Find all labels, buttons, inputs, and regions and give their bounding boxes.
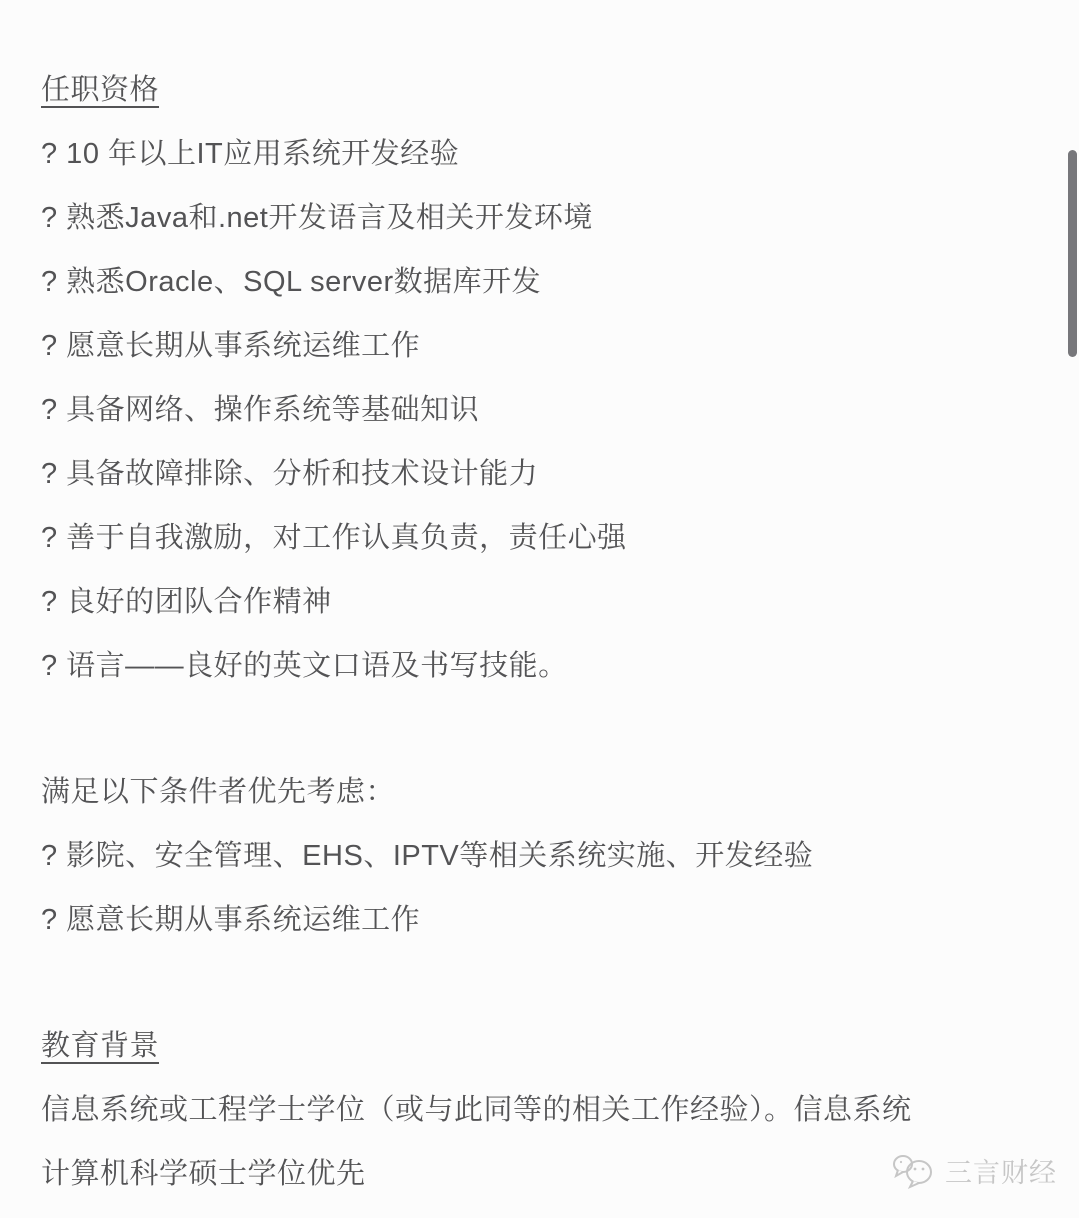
chat-bubbles-icon bbox=[891, 1150, 937, 1190]
list-item: ? 良好的团队合作精神 bbox=[41, 567, 1059, 631]
list-item: ? 善于自我激励，对工作认真负责，责任心强 bbox=[41, 503, 1059, 567]
scrollbar-thumb[interactable] bbox=[1068, 150, 1077, 357]
section-heading-qualifications: 任职资格 bbox=[41, 55, 1059, 119]
watermark-label: 三言财经 bbox=[945, 1151, 1057, 1190]
list-item: ? 愿意长期从事系统运维工作 bbox=[41, 885, 1059, 949]
list-item: ? 熟悉Oracle、SQL server数据库开发 bbox=[41, 247, 1059, 311]
education-heading-text: 教育背景 bbox=[41, 1023, 159, 1064]
section-heading-preferred: 满足以下条件者优先考虑： bbox=[41, 757, 1059, 821]
list-item: ? 10 年以上IT应用系统开发经验 bbox=[41, 119, 1059, 183]
list-item: ? 具备网络、操作系统等基础知识 bbox=[41, 375, 1059, 439]
watermark: 三言财经 bbox=[891, 1150, 1057, 1190]
paragraph-line: 信息系统或工程学士学位（或与此同等的相关工作经验）。信息系统 bbox=[41, 1075, 1059, 1139]
list-item: ? 影院、安全管理、EHS、IPTV等相关系统实施、开发经验 bbox=[41, 821, 1059, 885]
list-item: ? 语言——良好的英文口语及书写技能。 bbox=[41, 631, 1059, 695]
list-item: ? 具备故障排除、分析和技术设计能力 bbox=[41, 439, 1059, 503]
list-item: ? 熟悉Java和.net开发语言及相关开发环境 bbox=[41, 183, 1059, 247]
section-heading-education: 教育背景 bbox=[41, 1011, 1059, 1075]
qualifications-heading-text: 任职资格 bbox=[41, 67, 159, 108]
list-item: ? 愿意长期从事系统运维工作 bbox=[41, 311, 1059, 375]
document-body: 任职资格 ? 10 年以上IT应用系统开发经验 ? 熟悉Java和.net开发语… bbox=[0, 0, 1079, 1203]
